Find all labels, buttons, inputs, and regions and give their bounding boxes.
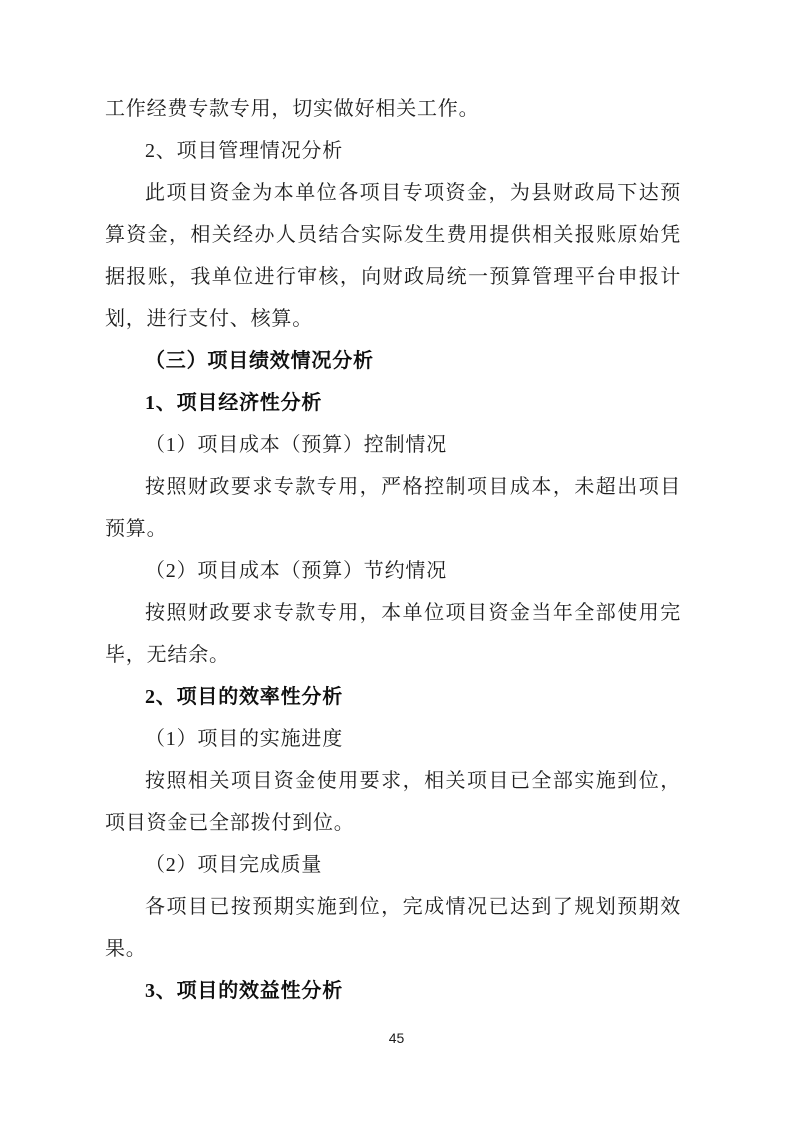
paragraph-line: 按照财政要求专款专用，本单位项目资金当年全部使用完: [105, 592, 681, 634]
heading-line: 3、项目的效益性分析: [105, 970, 681, 1012]
paragraph-line: （2）项目成本（预算）节约情况: [105, 550, 681, 592]
document-body: 工作经费专款专用，切实做好相关工作。2、项目管理情况分析此项目资金为本单位各项目…: [105, 88, 681, 1012]
paragraph-line: 项目资金已全部拨付到位。: [105, 802, 681, 844]
paragraph-line: 算资金，相关经办人员结合实际发生费用提供相关报账原始凭: [105, 214, 681, 256]
heading-line: 2、项目的效率性分析: [105, 676, 681, 718]
heading-line: （三）项目绩效情况分析: [105, 340, 681, 382]
paragraph-line: 果。: [105, 928, 681, 970]
paragraph-line: 划，进行支付、核算。: [105, 298, 681, 340]
paragraph-line: 据报账，我单位进行审核，向财政局统一预算管理平台申报计: [105, 256, 681, 298]
paragraph-line: 按照财政要求专款专用，严格控制项目成本，未超出项目: [105, 466, 681, 508]
document-page: 工作经费专款专用，切实做好相关工作。2、项目管理情况分析此项目资金为本单位各项目…: [0, 0, 793, 1122]
paragraph-line: 毕，无结余。: [105, 634, 681, 676]
heading-line: 1、项目经济性分析: [105, 382, 681, 424]
paragraph-line: 2、项目管理情况分析: [105, 130, 681, 172]
paragraph-line: （2）项目完成质量: [105, 844, 681, 886]
page-number: 45: [0, 1028, 793, 1048]
paragraph-line: 工作经费专款专用，切实做好相关工作。: [105, 88, 681, 130]
paragraph-line: 预算。: [105, 508, 681, 550]
paragraph-line: （1）项目的实施进度: [105, 718, 681, 760]
paragraph-line: （1）项目成本（预算）控制情况: [105, 424, 681, 466]
paragraph-line: 按照相关项目资金使用要求，相关项目已全部实施到位，: [105, 760, 681, 802]
paragraph-line: 各项目已按预期实施到位，完成情况已达到了规划预期效: [105, 886, 681, 928]
paragraph-line: 此项目资金为本单位各项目专项资金，为县财政局下达预: [105, 172, 681, 214]
